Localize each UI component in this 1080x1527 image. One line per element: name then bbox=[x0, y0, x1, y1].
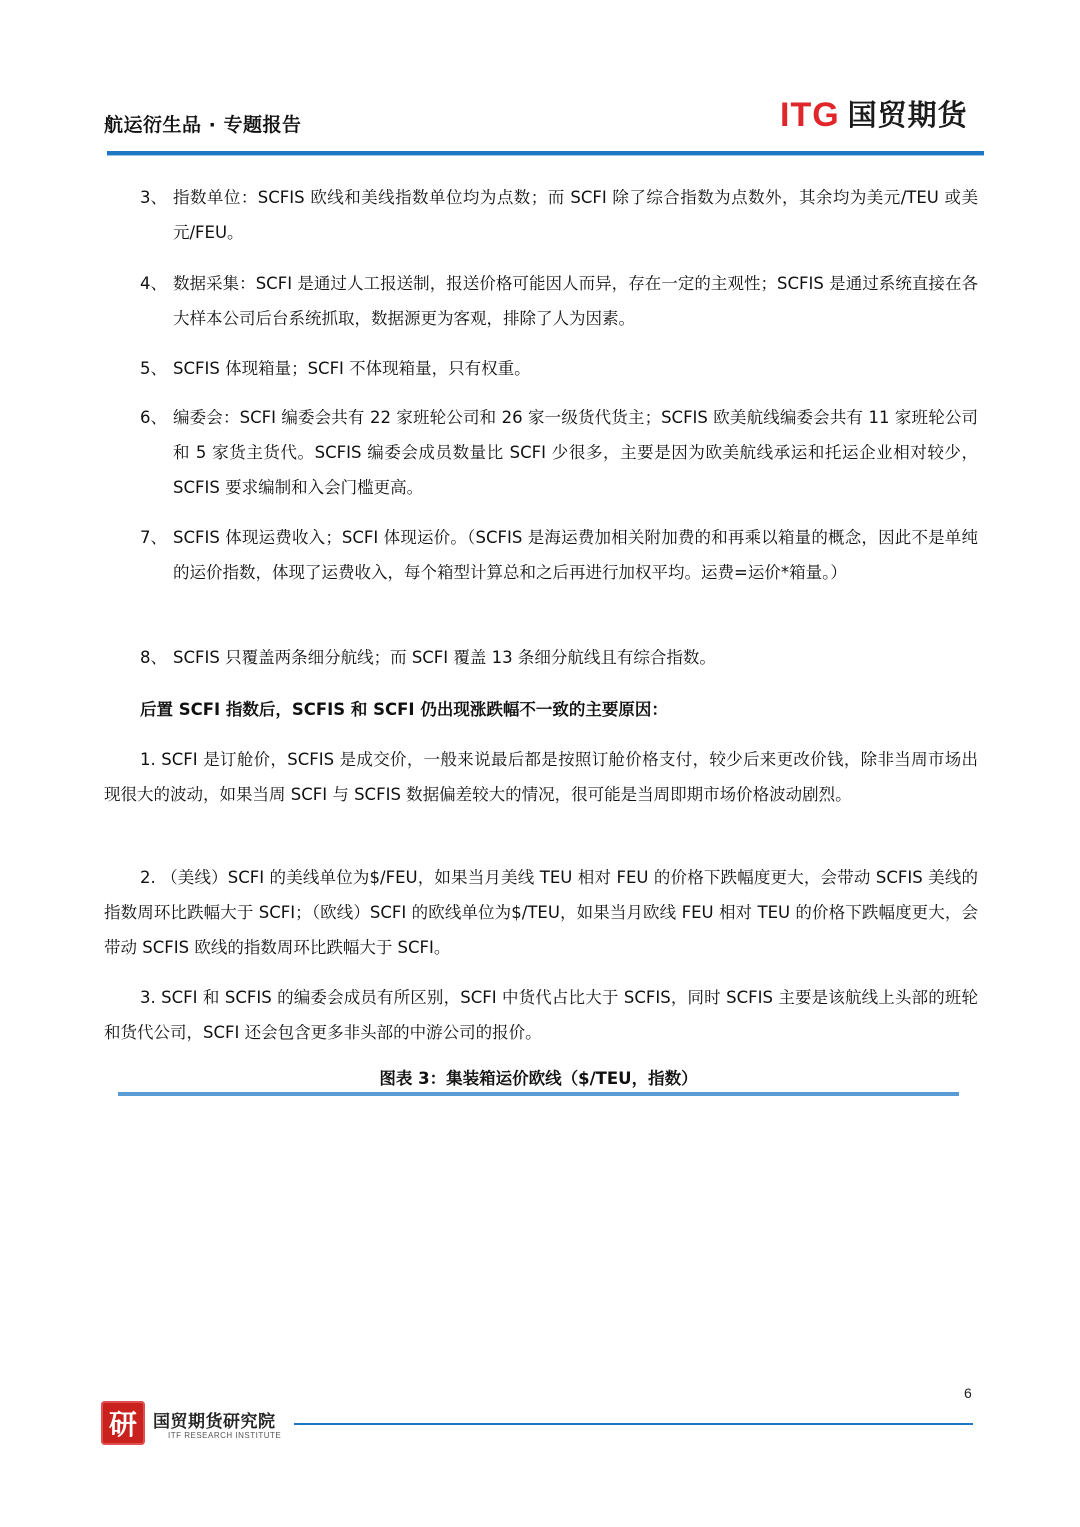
reason-paragraph: 3. SCFI 和 SCFIS 的编委会成员有所区别，SCFI 中货代占比大于 … bbox=[104, 980, 978, 1050]
list-item-text: 数据采集：SCFI 是通过人工报送制，报送价格可能因人而异，存在一定的主观性；S… bbox=[173, 266, 978, 336]
research-institute-seal-icon: 研 bbox=[101, 1401, 145, 1445]
list-item: 7、 SCFIS 体现运费收入；SCFI 体现运价。（SCFIS 是海运费加相关… bbox=[140, 520, 978, 590]
list-item-number: 7、 bbox=[140, 520, 173, 590]
list-item-text: 指数单位：SCFIS 欧线和美线指数单位均为点数；而 SCFI 除了综合指数为点… bbox=[173, 180, 978, 250]
section-subheading: 后置 SCFI 指数后，SCFIS 和 SCFI 仍出现涨跌幅不一致的主要原因： bbox=[140, 692, 668, 727]
reason-paragraph: 2. （美线）SCFI 的美线单位为$/FEU，如果当月美线 TEU 相对 FE… bbox=[104, 860, 978, 965]
footer-org-name: 国贸期货研究院 bbox=[153, 1407, 276, 1432]
list-item-number: 3、 bbox=[140, 180, 173, 250]
list-item-text: SCFIS 只覆盖两条细分航线；而 SCFI 覆盖 13 条细分航线且有综合指数… bbox=[173, 640, 978, 675]
brand-logo-chinese: 国贸期货 bbox=[848, 101, 968, 130]
list-item: 4、 数据采集：SCFI 是通过人工报送制，报送价格可能因人而异，存在一定的主观… bbox=[140, 266, 978, 336]
reason-paragraph: 1. SCFI 是订舱价，SCFIS 是成交价，一般来说最后都是按照订舱价格支付… bbox=[104, 742, 978, 812]
report-header-title: 航运衍生品 · 专题报告 bbox=[104, 110, 301, 137]
list-item-number: 5、 bbox=[140, 351, 173, 386]
list-item-text: SCFIS 体现运费收入；SCFI 体现运价。（SCFIS 是海运费加相关附加费… bbox=[173, 520, 978, 590]
footer-divider bbox=[294, 1423, 973, 1425]
brand-logo-latin: ITG bbox=[780, 98, 840, 132]
list-item: 6、 编委会：SCFI 编委会共有 22 家班轮公司和 26 家一级货代货主；S… bbox=[140, 400, 978, 505]
brand-logo: ITG 国贸期货 bbox=[780, 98, 968, 132]
header-divider bbox=[107, 151, 984, 156]
figure-caption-divider bbox=[118, 1092, 959, 1096]
list-item-number: 8、 bbox=[140, 640, 173, 675]
list-item: 8、 SCFIS 只覆盖两条细分航线；而 SCFI 覆盖 13 条细分航线且有综… bbox=[140, 640, 978, 675]
list-item-number: 4、 bbox=[140, 266, 173, 336]
footer-org-name-english: ITF RESEARCH INSTITUTE bbox=[168, 1431, 281, 1440]
figure-caption: 图表 3：集装箱运价欧线（$/TEU，指数） bbox=[118, 1065, 959, 1089]
list-item: 3、 指数单位：SCFIS 欧线和美线指数单位均为点数；而 SCFI 除了综合指… bbox=[140, 180, 978, 250]
list-item: 5、 SCFIS 体现箱量；SCFI 不体现箱量，只有权重。 bbox=[140, 351, 978, 386]
list-item-text: 编委会：SCFI 编委会共有 22 家班轮公司和 26 家一级货代货主；SCFI… bbox=[173, 400, 978, 505]
page-number: 6 bbox=[964, 1385, 972, 1401]
list-item-number: 6、 bbox=[140, 400, 173, 505]
list-item-text: SCFIS 体现箱量；SCFI 不体现箱量，只有权重。 bbox=[173, 351, 978, 386]
